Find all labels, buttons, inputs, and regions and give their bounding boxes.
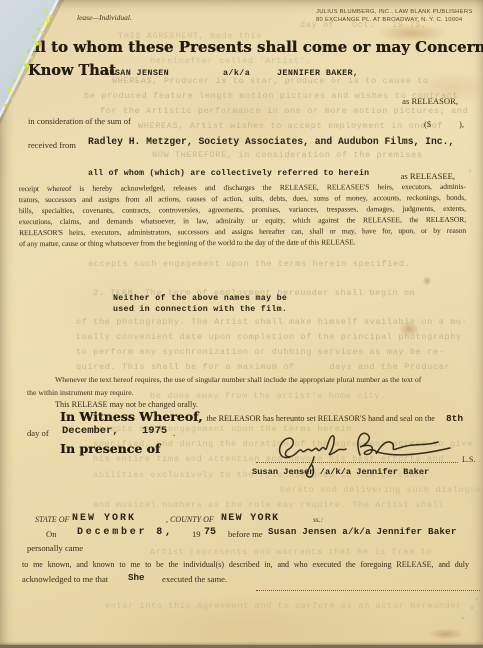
notary-signature-line (256, 590, 480, 591)
know-that-label: Know That (28, 62, 116, 79)
ghost-line: NOW THEREFORE, in consideration of the p… (152, 150, 423, 160)
releasor-name: SUSAN JENSEN (104, 68, 169, 78)
execution-year: 1975 (142, 425, 167, 437)
state-value: NEW YORK (72, 513, 136, 524)
signature-line (256, 462, 458, 463)
executed-text: executed the same. (162, 574, 227, 584)
witness-clause-text: the RELEASOR has hereunto set RELEASOR'S… (207, 414, 435, 423)
ghost-line: hereto and delivering such dialogue (280, 485, 482, 495)
release-document: day of Oct. 19 75, THIS AGREEMENT, made … (0, 0, 483, 648)
year-prefix: 19 (192, 529, 201, 539)
execution-day: 8th (446, 413, 463, 424)
execution-period: . (173, 428, 175, 438)
aka-label: a/k/a (223, 68, 250, 78)
note-line-1: Neither of the above names may be (113, 294, 287, 303)
publisher-line2: 80 EXCHANGE PL. AT BROADWAY, N. Y. C. 10… (316, 17, 473, 25)
ghost-line: enter into this Agreement and to perform… (105, 601, 462, 611)
ghost-line: WHEREAS, Artist wishes to accept employm… (138, 121, 443, 131)
ghost-line: accepts such engagement upon the terms h… (88, 259, 410, 269)
ls-label: L.S. (462, 455, 475, 464)
as-releasor-label: as RELEASOR, (0, 96, 458, 106)
singular-clause-line-2: the within instrument may require. (27, 388, 134, 397)
county-of-label: , COUNTY OF (166, 515, 214, 524)
ghost-line: quired. This shall be for a maximum of d… (76, 362, 450, 372)
notary-date: December 8, (77, 527, 174, 538)
ghost-line: tually convenient date upon completion o… (76, 332, 462, 342)
ghost-line: and musical numbers as the role may requ… (93, 500, 444, 510)
appearer-name: Susan Jensen a/k/a Jennifer Baker (268, 526, 457, 537)
execution-month: December, (62, 425, 119, 437)
singular-clause-line-1: Whenever the text hereof requires, the u… (55, 375, 421, 384)
ghost-line: to perform any synchronization or dubbin… (76, 347, 444, 357)
received-from-label: received from (28, 140, 76, 150)
ghost-line: hereinafter called 'Artist'. (150, 56, 311, 66)
release-body-paragraph: receipt whereof is hereby acknowledged, … (19, 181, 466, 249)
typed-restriction-note: Neither of the above names may be used i… (113, 294, 287, 314)
before-me-label: before me (228, 529, 263, 539)
publisher-block: JULIUS BLUMBERG, INC., LAW BLANK PUBLISH… (316, 9, 473, 24)
pronoun-value: She (128, 572, 145, 583)
teal-speckles (471, 607, 473, 609)
personally-came-label: personally came (27, 543, 83, 553)
amount-paren-open: ($ (424, 119, 431, 129)
ghost-line: Artist represents and warrants that he i… (150, 547, 432, 557)
publisher-line1: JULIUS BLUMBERG, INC., LAW BLANK PUBLISH… (316, 9, 473, 17)
as-releasee-label: as RELEASEE, (0, 171, 455, 181)
document-heading: To all to whom these Presents shall come… (0, 38, 476, 56)
releasees-names: Radley H. Metzger, Society Associates, a… (88, 136, 454, 147)
county-value: NEW YORK (221, 513, 279, 524)
note-line-2: used in connection with the film. (113, 305, 287, 314)
acknowledged-clause: acknowledged to me that (22, 574, 108, 584)
ss-label: ss.: (313, 515, 323, 524)
consideration-clause: in consideration of the sum of (28, 116, 131, 126)
presence-label: In presence of (60, 441, 160, 456)
day-of-label: day of (27, 428, 49, 438)
in-witness-whereof-label: In Witness Whereof, (60, 409, 203, 424)
releasor-alias: JENNIFER BAKER, (277, 68, 358, 78)
ghost-line: for the Artistic performance in one or m… (100, 106, 468, 116)
highlighter-speckles (44, 9, 47, 12)
known-clause-line: to me known, and known to me to be the i… (22, 560, 469, 569)
ghost-line: of the photography. The Artist shall mak… (76, 317, 467, 327)
body-line: of any matter, cause or thing whatsoever… (19, 236, 466, 249)
form-label: lease—Individual. (77, 13, 132, 22)
signature-printed-name: Susan Jensen /a/k/a Jennifer Baker (252, 467, 429, 477)
witness-clause: In Witness Whereof, the RELEASOR has her… (60, 408, 463, 426)
amount-paren-close: ), (459, 119, 464, 129)
on-label: On (46, 529, 57, 539)
state-of-label: STATE OF (35, 515, 69, 524)
year-value: 75 (204, 527, 216, 538)
